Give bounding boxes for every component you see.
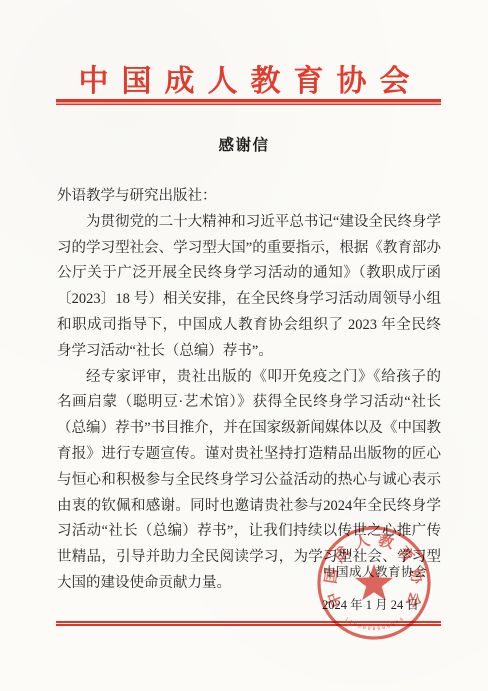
- letterhead-divider: [56, 99, 441, 105]
- paragraph-1: 为贯彻党的二十大精神和习近平总书记“建设全民终身学习的学习型社会、学习型大国”的…: [57, 210, 441, 365]
- svg-text:0: 0: [367, 626, 371, 632]
- footer-divider: [56, 621, 441, 626]
- letter-body: 外语教学与研究出版社： 为贯彻党的二十大精神和习近平总书记“建设全民终身学习的学…: [57, 184, 441, 597]
- letter-date: 2024 年 1 月 24 日: [322, 595, 419, 613]
- svg-text:0: 0: [377, 626, 381, 632]
- letterhead-org-name: 中国成人教育协会: [0, 56, 488, 100]
- svg-text:0: 0: [373, 626, 376, 632]
- letter-page: 中国成人教育协会 感谢信 外语教学与研究出版社： 为贯彻党的二十大精神和习近平总…: [0, 0, 488, 691]
- salutation: 外语教学与研究出版社：: [57, 184, 441, 210]
- letter-title: 感谢信: [0, 133, 488, 155]
- signature-org: 中国成人教育协会: [323, 562, 427, 580]
